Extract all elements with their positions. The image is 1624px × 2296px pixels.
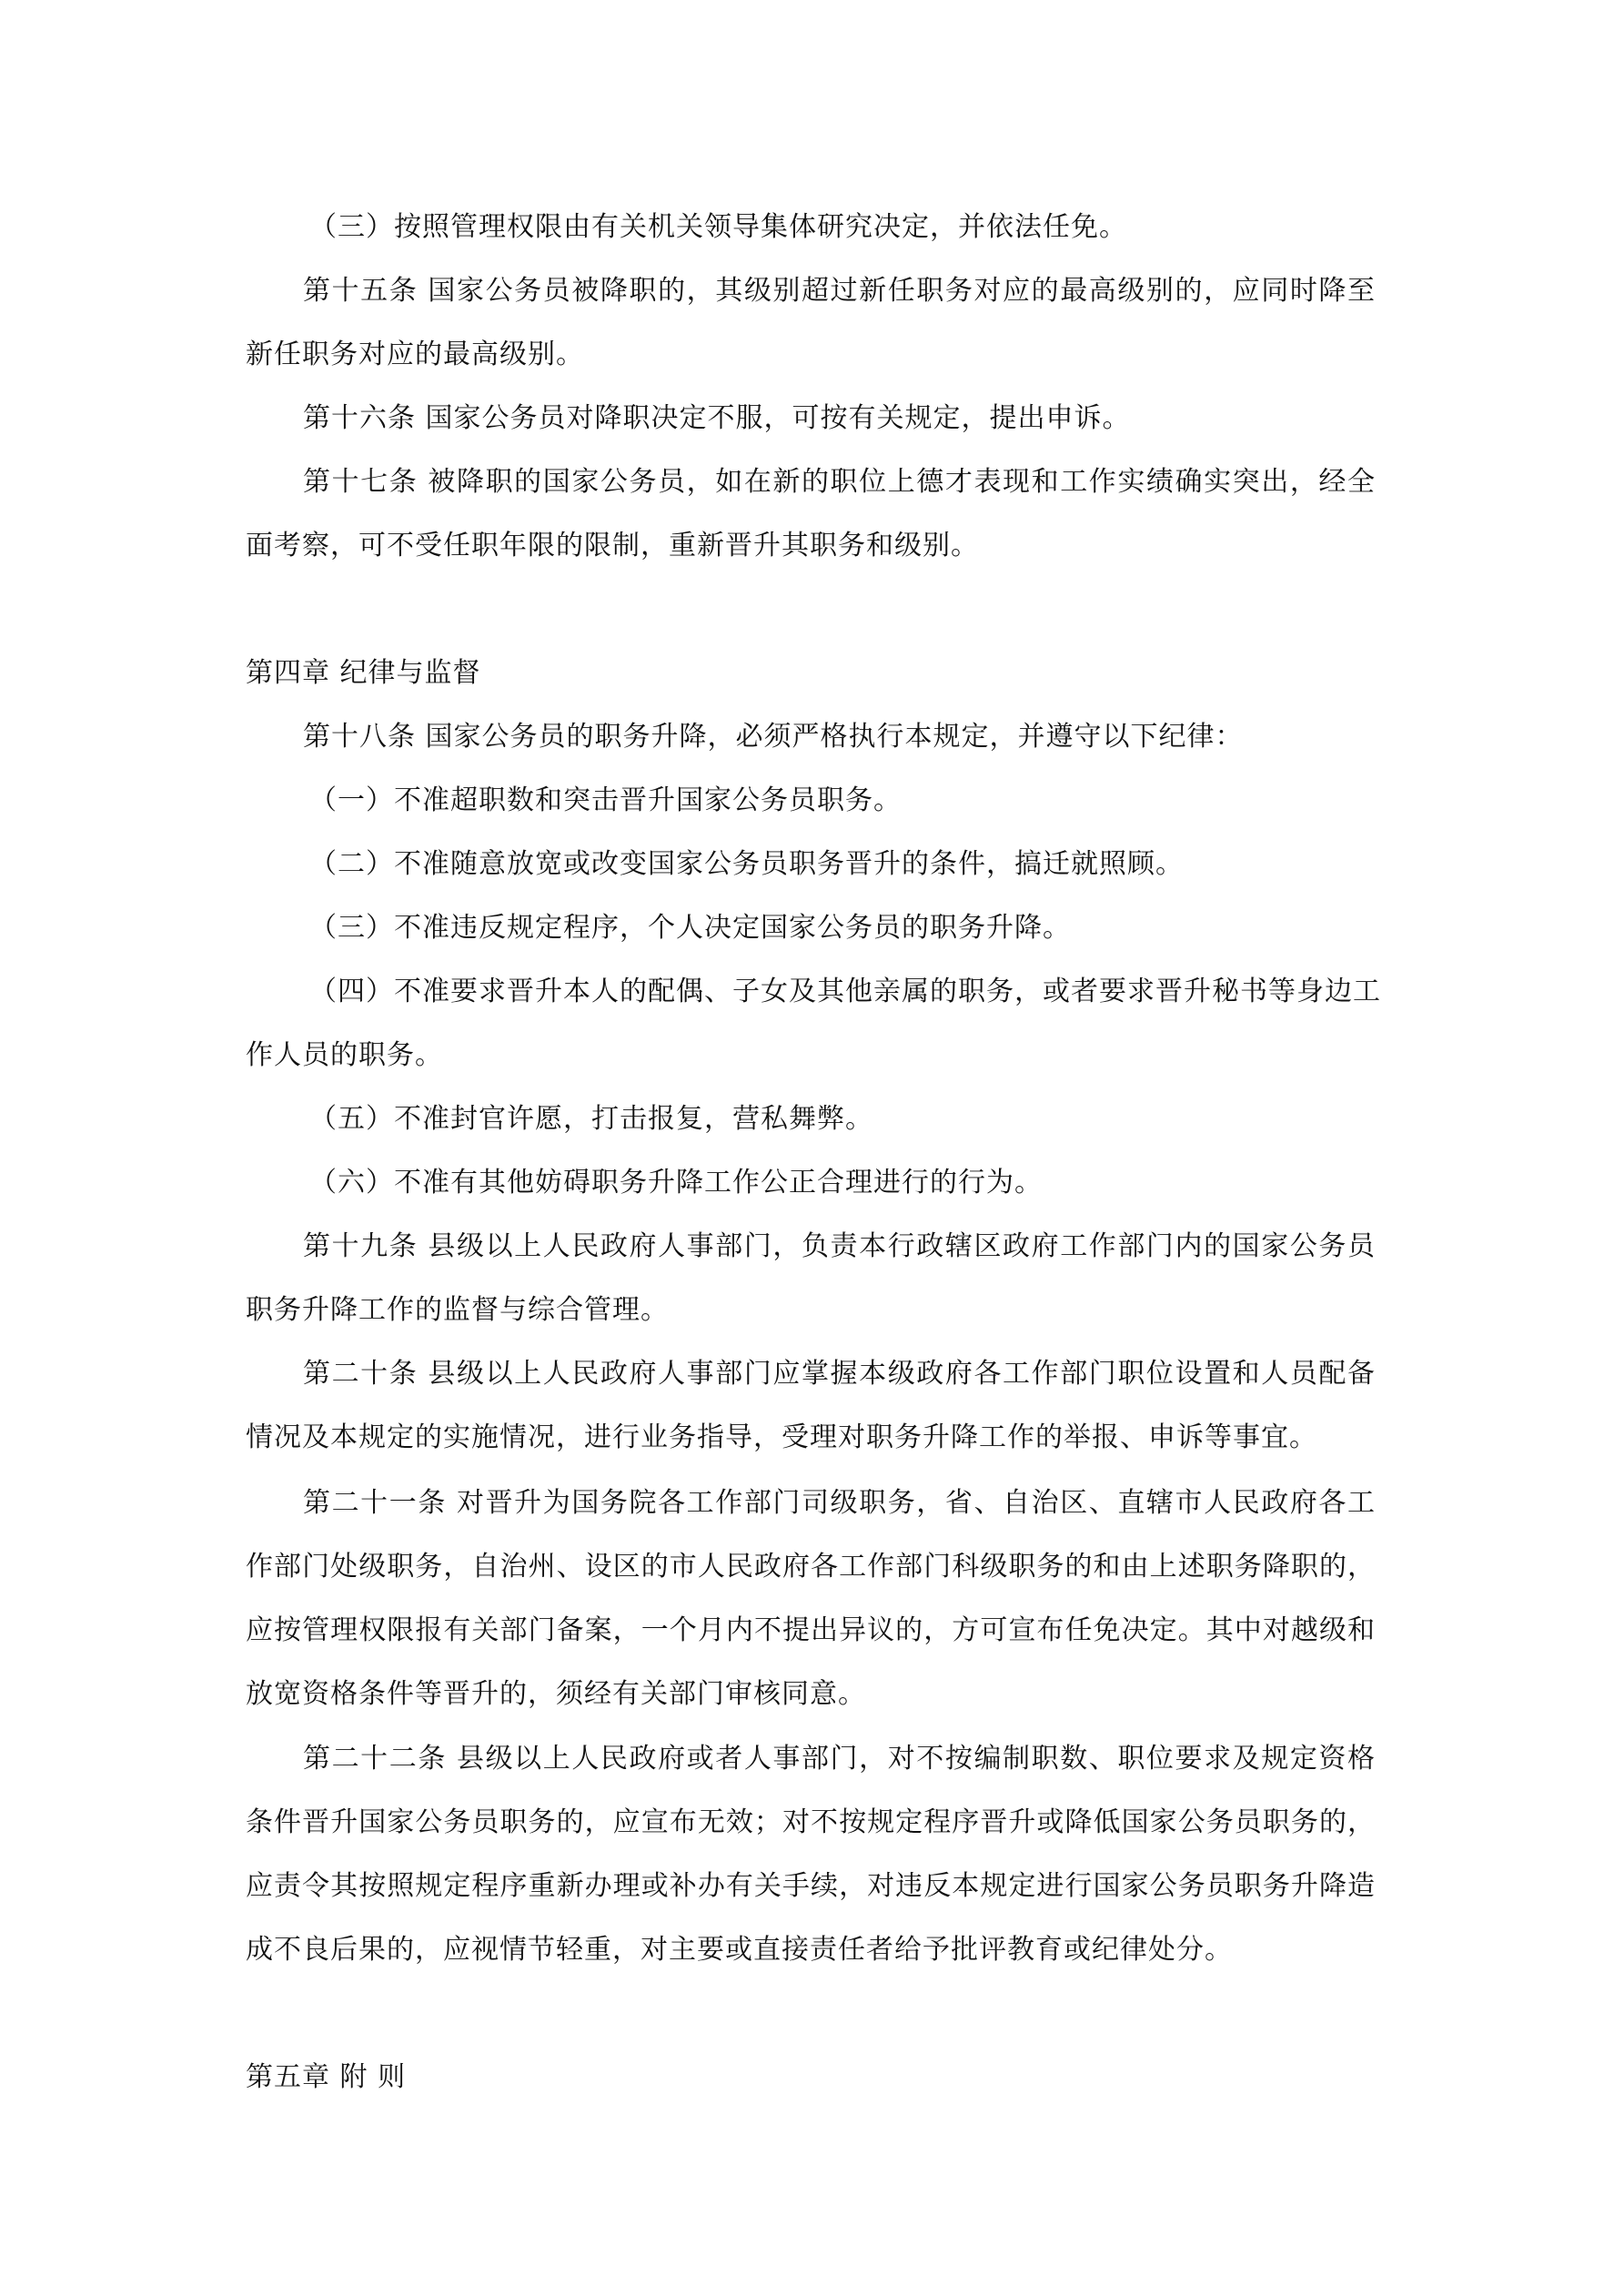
article-19-line-2: 职务升降工作的监督与综合管理。 bbox=[246, 1292, 1376, 1329]
document-page: （三）按照管理权限由有关机关领导集体研究决定，并依法任免。 第十五条 国家公务员… bbox=[0, 0, 1624, 2296]
chapter-heading: 第四章 纪律与监督 bbox=[246, 655, 481, 692]
list-item-line: （四）不准要求晋升本人的配偶、子女及其他亲属的职务，或者要求晋升秘书等身边工 bbox=[309, 974, 1376, 1010]
article-22-line-1: 第二十二条 县级以上人民政府或者人事部门，对不按编制职数、职位要求及规定资格 bbox=[303, 1741, 1376, 1777]
list-item-line: （一）不准超职数和突击晋升国家公务员职务。 bbox=[309, 783, 1376, 819]
list-item-line: 作人员的职务。 bbox=[246, 1037, 1376, 1074]
chapter-heading: 第五章 附 则 bbox=[246, 2059, 406, 2096]
article-22-line-3: 应责令其按照规定程序重新办理或补办有关手续，对违反本规定进行国家公务员职务升降造 bbox=[246, 1868, 1376, 1905]
article-20-line-1: 第二十条 县级以上人民政府人事部门应掌握本级政府各工作部门职位设置和人员配备 bbox=[303, 1356, 1376, 1392]
article-17-line-2: 面考察，可不受任职年限的限制，重新晋升其职务和级别。 bbox=[246, 528, 1376, 564]
article-21-line-4: 放宽资格条件等晋升的，须经有关部门审核同意。 bbox=[246, 1676, 1376, 1713]
article-16-line-1: 第十六条 国家公务员对降职决定不服，可按有关规定，提出申诉。 bbox=[303, 400, 1376, 437]
article-21-line-1: 第二十一条 对晋升为国务院各工作部门司级职务，省、自治区、直辖市人民政府各工 bbox=[303, 1485, 1376, 1522]
list-item-line: （三）不准违反规定程序，个人决定国家公务员的职务升降。 bbox=[309, 910, 1376, 946]
list-item-line: （五）不准封官许愿，打击报复，营私舞弊。 bbox=[309, 1101, 1376, 1138]
article-17-line-1: 第十七条 被降职的国家公务员，如在新的职位上德才表现和工作实绩确实突出，经全 bbox=[303, 464, 1376, 501]
article-22-line-4: 成不良后果的，应视情节轻重，对主要或直接责任者给予批评教育或纪律处分。 bbox=[246, 1932, 1376, 1968]
article-21-line-2: 作部门处级职务，自治州、设区的市人民政府各工作部门科级职务的和由上述职务降职的， bbox=[246, 1549, 1376, 1585]
list-item-line: （六）不准有其他妨碍职务升降工作公正合理进行的行为。 bbox=[309, 1165, 1376, 1201]
article-20-line-2: 情况及本规定的实施情况，进行业务指导，受理对职务升降工作的举报、申诉等事宜。 bbox=[246, 1420, 1376, 1456]
article-22-line-2: 条件晋升国家公务员职务的，应宣布无效；对不按规定程序晋升或降低国家公务员职务的， bbox=[246, 1805, 1376, 1841]
article-15-line-1: 第十五条 国家公务员被降职的，其级别超过新任职务对应的最高级别的，应同时降至 bbox=[303, 273, 1376, 309]
article-21-line-3: 应按管理权限报有关部门备案，一个月内不提出异议的，方可宣布任免决定。其中对越级和 bbox=[246, 1613, 1376, 1649]
article-15-line-2: 新任职务对应的最高级别。 bbox=[246, 337, 1376, 373]
list-item-line: （三）按照管理权限由有关机关领导集体研究决定，并依法任免。 bbox=[309, 209, 1376, 246]
article-19-line-1: 第十九条 县级以上人民政府人事部门，负责本行政辖区政府工作部门内的国家公务员 bbox=[303, 1229, 1376, 1265]
article-18-line-1: 第十八条 国家公务员的职务升降，必须严格执行本规定，并遵守以下纪律： bbox=[303, 719, 1376, 755]
list-item-line: （二）不准随意放宽或改变国家公务员职务晋升的条件，搞迁就照顾。 bbox=[309, 846, 1376, 883]
